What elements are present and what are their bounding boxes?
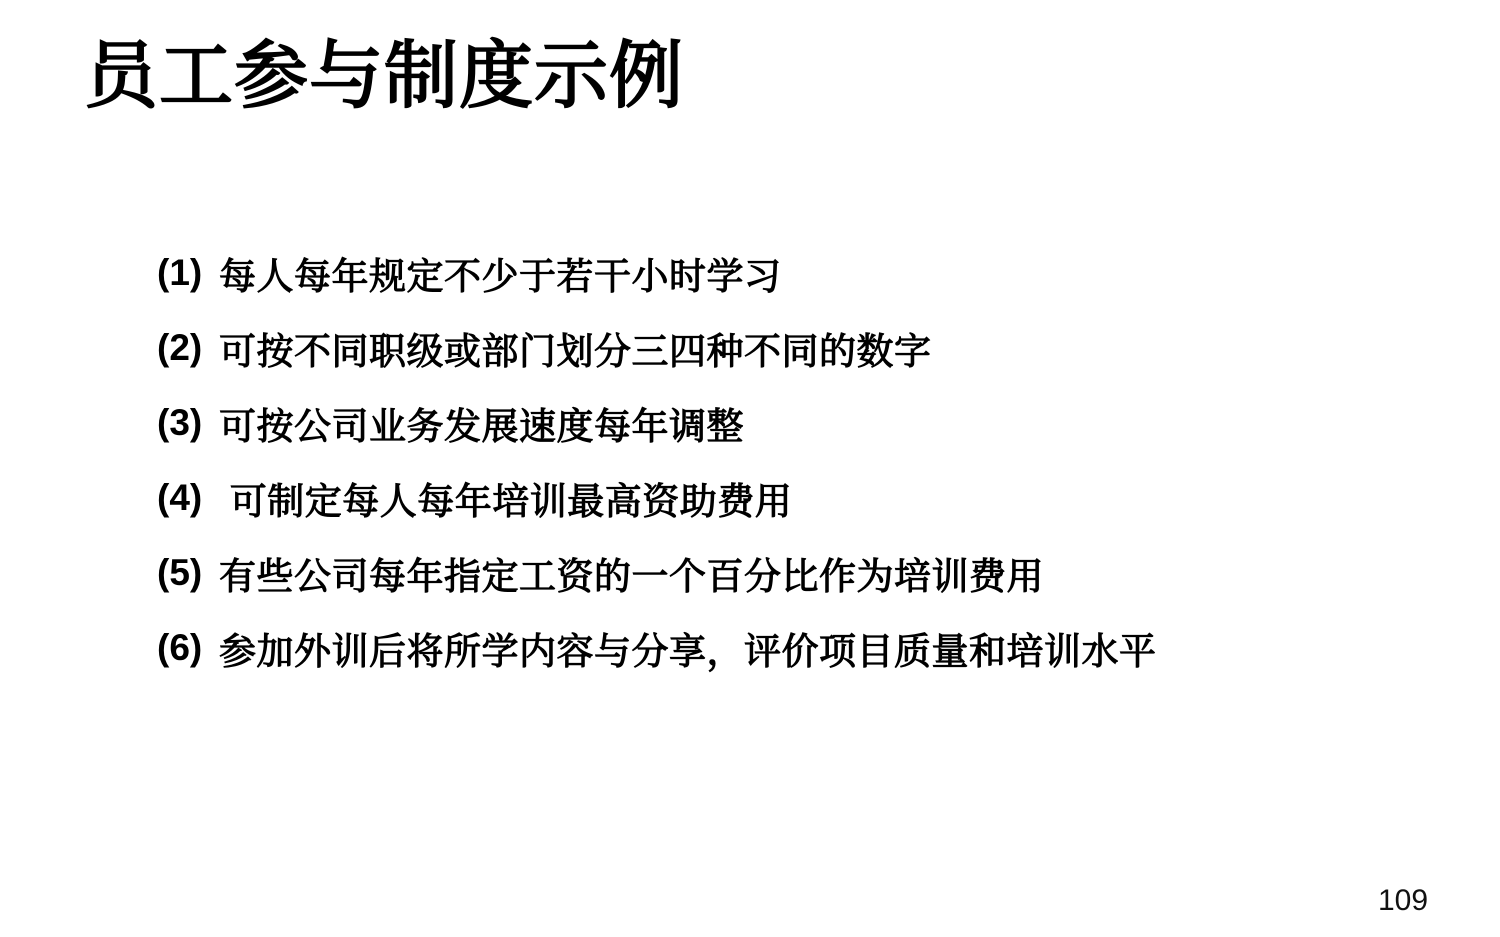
list-item: (4) 可制定每人每年培训最高资助费用: [157, 460, 1157, 535]
bullet-list: (1) 每人每年规定不少于若干小时学习 (2) 可按不同职级或部门划分三四种不同…: [157, 235, 1157, 685]
item-text: 有些公司每年指定工资的一个百分比作为培训费用: [219, 546, 1044, 600]
item-number: (3): [157, 402, 219, 444]
item-text: 参加外训后将所学内容与分享，评价项目质量和培训水平: [219, 621, 1157, 675]
list-item: (2) 可按不同职级或部门划分三四种不同的数字: [157, 310, 1157, 385]
slide: 员工参与制度示例 (1) 每人每年规定不少于若干小时学习 (2) 可按不同职级或…: [0, 0, 1500, 937]
item-number: (5): [157, 552, 219, 594]
item-number: (2): [157, 327, 219, 369]
item-number: (4): [157, 477, 219, 519]
list-item: (5) 有些公司每年指定工资的一个百分比作为培训费用: [157, 535, 1157, 610]
page-title: 员工参与制度示例: [84, 30, 684, 123]
page-number: 109: [1378, 884, 1428, 918]
item-text: 可制定每人每年培训最高资助费用: [219, 471, 792, 525]
item-text: 可按不同职级或部门划分三四种不同的数字: [219, 321, 932, 375]
item-text: 每人每年规定不少于若干小时学习: [219, 246, 782, 300]
list-item: (1) 每人每年规定不少于若干小时学习: [157, 235, 1157, 310]
list-item: (6) 参加外训后将所学内容与分享，评价项目质量和培训水平: [157, 610, 1157, 685]
item-number: (6): [157, 627, 219, 669]
item-text: 可按公司业务发展速度每年调整: [219, 396, 744, 450]
item-number: (1): [157, 252, 219, 294]
list-item: (3) 可按公司业务发展速度每年调整: [157, 385, 1157, 460]
